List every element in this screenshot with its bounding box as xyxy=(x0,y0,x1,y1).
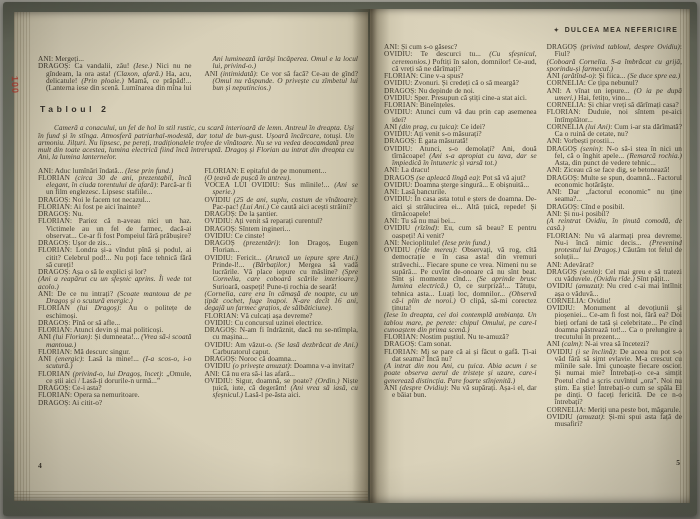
stage-direction: (A intrat din nou Ani, cu țuica. Abia ac… xyxy=(384,362,537,384)
dialogue-line: FLORIAN: Pariez că n-aveau nici un haz. … xyxy=(38,217,192,239)
dialogue-line: FLORIAN (lui Dragoș): Au o politețe de e… xyxy=(38,304,192,319)
dialogue-line: DRAGOȘ (privind tabloul, despre Ovidiu):… xyxy=(547,43,682,58)
dialogue-line: DRAGOȘ (senin): Cel mai greu e să tratez… xyxy=(547,268,682,283)
stage-direction: (A reintrat Ovidiu, în ținută comodă, de… xyxy=(547,217,682,232)
dialogue-line: ANI (intimidată): Ce vor să facă? Ce-au … xyxy=(205,70,359,92)
stage-direction: (Cornelia, care era în cămașă de noapte,… xyxy=(205,290,359,312)
dialogue-line: FLORIAN: Londra și-a vîndut pînă și podu… xyxy=(38,246,192,268)
dialogue-line: OVIDIU (rîzînd): Eu, cum să beau? E pent… xyxy=(384,224,537,239)
dialogue-line: DRAGOȘ (senin): N-o să-i stea în nici un… xyxy=(547,145,682,167)
dialogue-line: ANI: Dar „factorul economic” nu ține sea… xyxy=(547,188,682,203)
left-top-column-2: Ani luminează iarăși încăperea. Omul e l… xyxy=(205,55,359,91)
page-number-right: 5 xyxy=(676,458,680,467)
dialogue-line: FLORIAN (privind-o, lui Dragoș, încet): … xyxy=(38,370,192,385)
dialogue-line: Ani luminează iarăși încăperea. Omul e l… xyxy=(205,55,359,70)
dialogue-line: OVIDIU (25 de ani, suplu, costum de vînă… xyxy=(205,196,359,211)
right-column-1: ANI: Și cum s-o găsesc?OVIDIU: Te descur… xyxy=(384,43,537,427)
dialogue-line: ANI: De ce nu intrați? (Scoate mantoua d… xyxy=(38,290,192,305)
dialogue-line: OVIDIU: Am văzut-o. (Se lasă dezbrăcat d… xyxy=(205,341,359,356)
stage-direction-main: Cameră a conacului, un fel de hol în sti… xyxy=(38,124,354,160)
library-stamp: 100 xyxy=(10,76,21,94)
left-column-2: FLORIAN: E epitaful de pe monument...(O … xyxy=(205,167,359,406)
dialogue-line: DRAGOȘ: Multe se spun, doamnă... Factoru… xyxy=(547,174,682,189)
right-column-2: DRAGOȘ (privind tabloul, despre Ovidiu):… xyxy=(547,43,682,427)
dialogue-line: FLORIAN: Duduie, noi sîntem pe-aici întî… xyxy=(547,108,682,123)
dialogue-line: OVIDIU: Atunci cum vă dau prin cap aseme… xyxy=(384,108,537,123)
left-page-top-section: ANI: Mergeți...DRAGOȘ: Ca vandalii, zău!… xyxy=(38,55,358,91)
dialogue-line: OVIDIU: Sigur, doamnă, se poate? (Ordin.… xyxy=(205,377,359,399)
stage-direction: (Iese în dreapta, cei doi contemplă ambi… xyxy=(384,311,537,333)
dialogue-line: OVIDIU (rîde mereu): Observați, vă rog, … xyxy=(384,246,537,311)
dialogue-line: OVIDIU (amuzat): Și-mi spui asta față de… xyxy=(547,413,682,428)
dialogue-line: ANI (energic): Lasă la mine!... (I-a sco… xyxy=(38,355,192,370)
dialogue-line: OVIDIU: Monument al devoțiunii și pioșen… xyxy=(547,304,682,340)
dialogue-line: VOCEA LUI OVIDIU: Sus mîinile!... (Ani s… xyxy=(205,181,359,196)
page-number-left: 4 xyxy=(38,461,42,470)
left-page-main-section: ANI: Aduc lumînări îndată... (Iese prin … xyxy=(38,167,358,406)
left-page: ANI: Mergeți...DRAGOȘ: Ca vandalii, zău!… xyxy=(14,12,368,501)
dialogue-line: FLORIAN: Nu vă alarmați prea devreme. Nu… xyxy=(547,232,682,261)
tableau-heading: Tabloul 2 xyxy=(40,104,358,114)
stage-direction: (Ani a reapărut cu un sfeșnic aprins. Îi… xyxy=(38,275,192,290)
running-header: ✦DULCEA MEA NEFERICIRE xyxy=(384,27,682,34)
dialogue-line: ANI (lui Florian): Și dumneata!... (Vrea… xyxy=(38,333,192,348)
dialogue-line: DRAGOȘ: Ai citit-o? xyxy=(38,399,192,406)
book-photo: ANI: Mergeți...DRAGOȘ: Ca vandalii, zău!… xyxy=(0,0,700,519)
dialogue-line: OVIDIU (i se înclină): De aceea nu pot s… xyxy=(547,348,682,406)
dialogue-line: FLORIAN: Mi se pare că ai și făcut o gaf… xyxy=(384,348,537,363)
dialogue-line: OVIDIU (amuzat): Nu cred c-ai mai întîln… xyxy=(547,282,682,297)
stage-direction: (Coboară Cornelia. S-a îmbrăcat cu grijă… xyxy=(547,58,682,73)
dialogue-line: ANI (despre Ovidiu): Nu vă supărați. Așa… xyxy=(384,384,537,399)
dialogue-line: CORNELIA (lui Ani): Cum i-ar sta dărîmat… xyxy=(547,123,682,138)
left-column-1: ANI: Aduc lumînări îndată... (Iese prin … xyxy=(38,167,192,406)
dialogue-line: OVIDIU: Te descurci tu... (Cu sfeșnicul,… xyxy=(384,50,537,72)
dialogue-line: OVIDIU: În casa asta totul e șters de do… xyxy=(384,195,537,217)
dialogue-line: DRAGOȘ: N-am fi îndrăznit, dacă nu se-nt… xyxy=(205,326,359,341)
right-page: ✦DULCEA MEA NEFERICIRE ANI: Și cum s-o g… xyxy=(370,9,690,503)
left-top-column-1: ANI: Mergeți...DRAGOȘ: Ca vandalii, zău!… xyxy=(38,55,192,91)
dialogue-line: OVIDIU: Atunci, s-o demolați? Ani, două … xyxy=(384,145,537,167)
dialogue-line: DRAGOȘ: Ca vandalii, zău! (Iese.) Nici n… xyxy=(38,62,192,91)
dialogue-line: OVIDIU: Fericit... (Aruncă un iepure spr… xyxy=(205,254,359,290)
running-header-title: DULCEA MEA NEFERICIRE xyxy=(565,27,678,34)
header-ornament-icon: ✦ xyxy=(554,28,559,34)
dialogue-line: ANI: A vînat un iepure... (O ia pe după … xyxy=(547,87,682,102)
dialogue-line: DRAGOȘ (prezentări): Ion Dragoș, Eugen F… xyxy=(205,239,359,254)
dialogue-line: FLORIAN (circa 30 de ani, prezentabil, î… xyxy=(38,174,192,196)
right-page-main-section: ANI: Și cum s-o găsesc?OVIDIU: Te descur… xyxy=(384,43,682,427)
